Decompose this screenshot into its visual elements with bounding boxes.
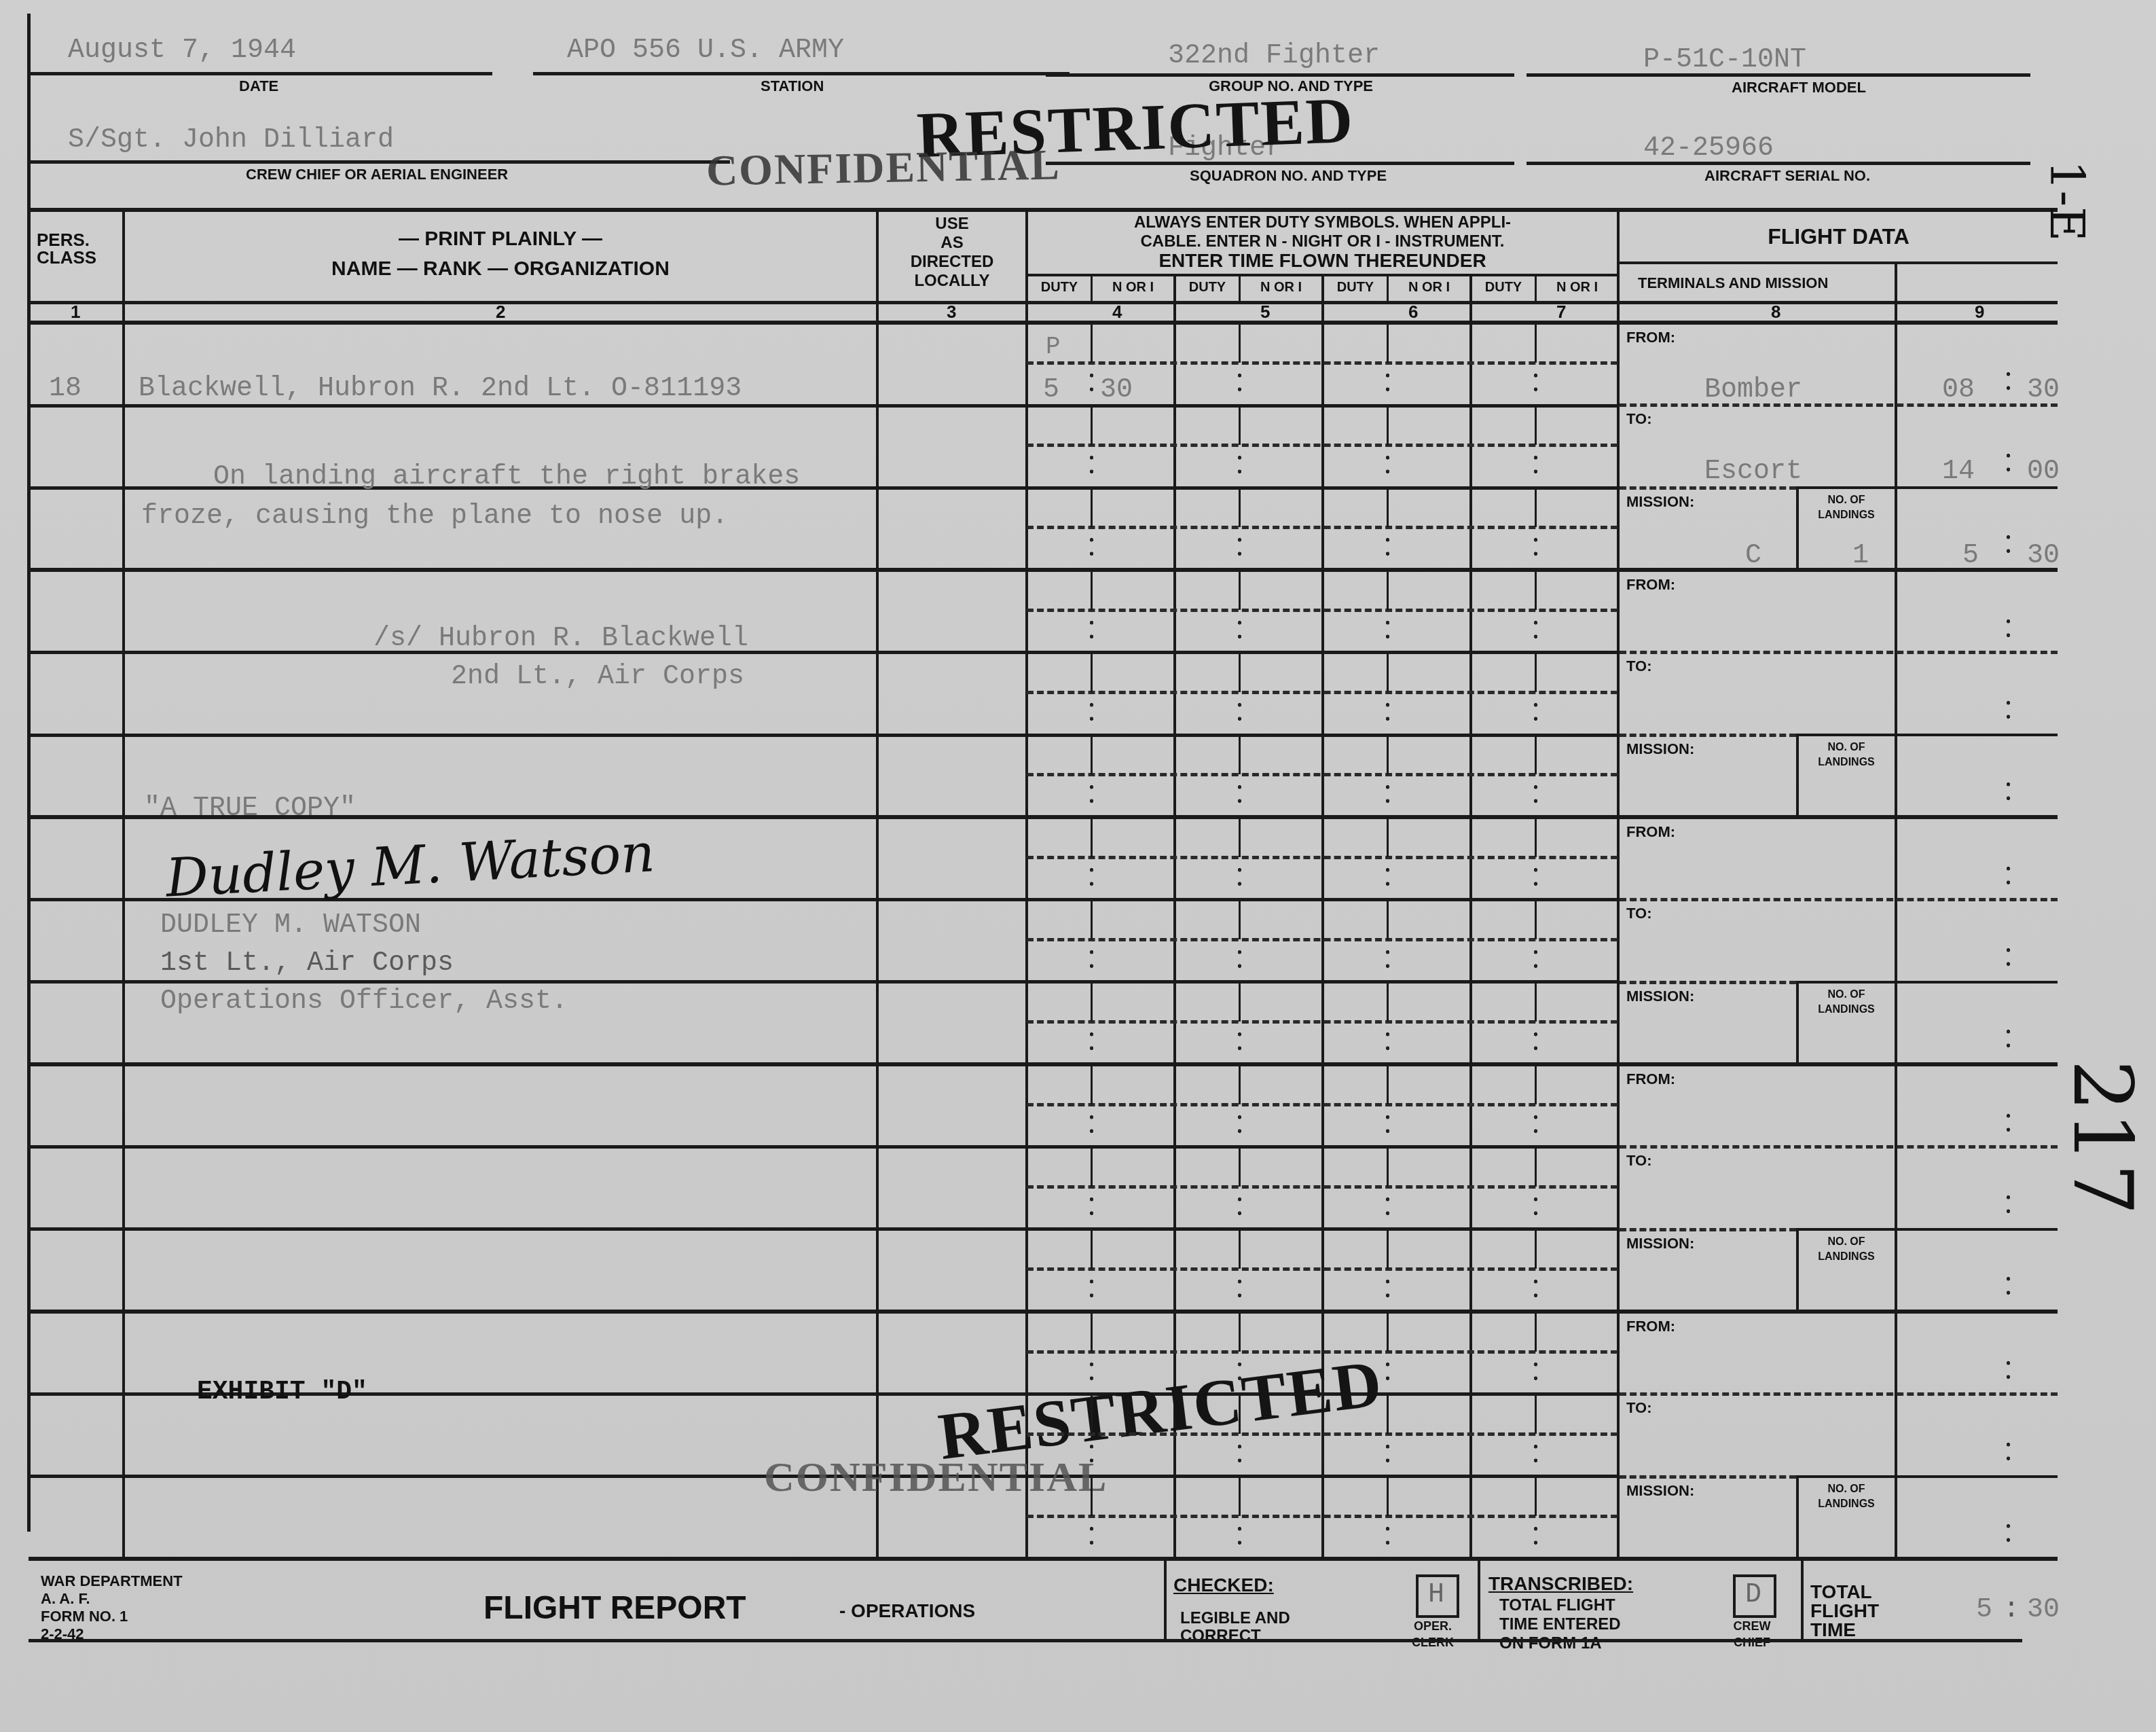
n-or-i-sub-label: N OR I — [1389, 280, 1469, 295]
duty-split-line — [1239, 1146, 1241, 1187]
fd-landings-divider — [1796, 486, 1799, 569]
time-colon — [1534, 1113, 1537, 1136]
col-number-1: 1 — [71, 302, 80, 323]
duty-split-line — [1091, 651, 1093, 692]
time-colon — [1386, 535, 1389, 558]
time-colon — [1238, 1195, 1241, 1218]
terminals-mission-header: TERMINALS AND MISSION — [1638, 274, 1828, 292]
checked-divider — [1164, 1559, 1167, 1641]
fd-mission-label: MISSION: — [1626, 988, 1694, 1005]
row-line — [29, 404, 1618, 408]
duty-split-line — [1091, 1311, 1093, 1352]
station-label: STATION — [761, 77, 824, 95]
time-colon — [1386, 865, 1389, 888]
fd-mission-line — [1796, 1475, 2058, 1478]
duty-time-dash-line — [1027, 526, 1618, 529]
row-line — [29, 1145, 1618, 1149]
time-colon — [1238, 1030, 1241, 1053]
fd-from-minutes: 30 — [2027, 375, 2060, 405]
col-number-4: 4 — [1112, 302, 1122, 323]
time-colon — [1090, 1030, 1093, 1053]
duty-time-dash-line — [1027, 444, 1618, 447]
fd-from-label: FROM: — [1626, 576, 1675, 594]
n-or-i-sub-label: N OR I — [1241, 280, 1321, 295]
time-colon — [1090, 618, 1093, 641]
time-colon — [1090, 1277, 1093, 1300]
time-colon — [1090, 1195, 1093, 1218]
col-divider-1 — [122, 208, 125, 1559]
time-colon — [1534, 948, 1537, 971]
col-divider-6 — [1469, 275, 1472, 1559]
group-line — [1046, 73, 1514, 77]
time-colon — [1386, 1195, 1389, 1218]
fd-mission-line — [1796, 981, 2058, 984]
fd-to-label: TO: — [1626, 657, 1651, 675]
duty-sub-label: DUTY — [1324, 280, 1387, 295]
time-colon — [1386, 371, 1389, 394]
duty-split-line — [1535, 322, 1537, 363]
form-subtitle: - OPERATIONS — [839, 1600, 975, 1622]
fd-duration-minutes: 30 — [2027, 541, 2060, 571]
fd-from-to-dash — [1620, 898, 2058, 901]
fd-mission-label: MISSION: — [1626, 1482, 1694, 1500]
crew-chief-initial-box[interactable]: D — [1733, 1574, 1776, 1618]
fd-landings-label: NO. OFLANDINGS — [1799, 1235, 1893, 1265]
table-top-line — [29, 208, 2058, 212]
station-line — [533, 72, 1070, 75]
fd-landings-value: 1 — [1852, 541, 1869, 571]
directed-label: DIRECTED — [879, 253, 1025, 272]
duty-split-line — [1387, 322, 1389, 363]
time-colon — [1238, 535, 1241, 558]
fd-time-colon — [2007, 617, 2010, 640]
time-colon — [1534, 782, 1537, 806]
duty-time-dash-line — [1027, 1103, 1618, 1106]
time-colon — [1238, 700, 1241, 723]
duty-split-line — [1535, 651, 1537, 692]
fd-time-colon — [2007, 451, 2010, 474]
name-rank-org-label: NAME — RANK — ORGANIZATION — [125, 254, 876, 284]
duty-instructions-header: ALWAYS ENTER DUTY SYMBOLS. WHEN APPLI- C… — [1028, 213, 1617, 270]
time-colon — [1238, 1524, 1241, 1547]
duty-time-dash-line — [1027, 1185, 1618, 1189]
aircraft-model-line — [1527, 73, 2030, 77]
row-line — [29, 651, 1618, 654]
transcribed-label: TRANSCRIBED: — [1488, 1573, 1633, 1595]
duty-split-line — [1387, 1393, 1389, 1434]
fd-landings-label: NO. OFLANDINGS — [1799, 493, 1893, 523]
time-colon — [1238, 618, 1241, 641]
margin-page-number: 217 — [2055, 1060, 2149, 1215]
time-colon — [1534, 1524, 1537, 1547]
fd-landings-divider — [1796, 734, 1799, 816]
duty-split-line — [1387, 981, 1389, 1022]
duty-split-line — [1239, 1475, 1241, 1516]
remarks-line-1: On landing aircraft the right brakes — [213, 462, 800, 492]
chief-label: CHIEF — [1718, 1634, 1786, 1650]
col-number-8: 8 — [1771, 302, 1780, 323]
duty-split-line — [1387, 1146, 1389, 1187]
duty-split-line — [1091, 404, 1093, 445]
duty-split-line — [1091, 569, 1093, 610]
time-colon — [1386, 453, 1389, 476]
col-number-6: 6 — [1408, 302, 1418, 323]
squadron-label: SQUADRON NO. AND TYPE — [1190, 167, 1387, 185]
duty-split-line — [1535, 981, 1537, 1022]
time-colon — [1386, 1277, 1389, 1300]
duty-split-line — [1239, 1064, 1241, 1104]
time-colon — [1238, 1277, 1241, 1300]
fd-from-label: FROM: — [1626, 823, 1675, 841]
as-label: AS — [879, 234, 1025, 253]
time-colon — [1386, 782, 1389, 806]
flight-label: FLIGHT — [1810, 1602, 1879, 1621]
fd-time-colon — [2007, 1521, 2010, 1545]
fd-to-mission-dash — [1620, 1475, 1796, 1479]
fd-from-hours: 08 — [1942, 375, 1975, 405]
group-value: 322nd Fighter — [1168, 41, 1380, 71]
total-hours: 5 — [1976, 1595, 1992, 1625]
fd-to-label: TO: — [1626, 1399, 1651, 1417]
time-colon — [1238, 865, 1241, 888]
fd-time-colon — [2007, 533, 2010, 556]
crew-chief-value: S/Sgt. John Dilliard — [68, 125, 394, 156]
total-flight-label: TOTAL FLIGHT — [1499, 1596, 1621, 1615]
duty-split-line — [1387, 1475, 1389, 1516]
column-number-line — [29, 321, 2058, 325]
col-number-2: 2 — [496, 302, 505, 323]
col-divider-2 — [876, 208, 879, 1559]
duty-instructions-line-1: ALWAYS ENTER DUTY SYMBOLS. WHEN APPLI- — [1028, 213, 1617, 232]
remarks-line-2: froze, causing the plane to nose up. — [141, 501, 728, 532]
duty-sub-label: DUTY — [1472, 280, 1535, 295]
col-divider-7 — [1617, 208, 1620, 1559]
time-colon — [1238, 1442, 1241, 1465]
duty-instructions-line-2: CABLE. ENTER N - NIGHT OR I - INSTRUMENT… — [1028, 232, 1617, 251]
time-colon — [1534, 1195, 1537, 1218]
oper-clerk-initial: H — [1428, 1580, 1444, 1610]
aircraft-model-value: P-51C-10NT — [1643, 45, 1806, 75]
signed-line-2: 2nd Lt., Air Corps — [451, 662, 744, 692]
duty-time-dash-line — [1027, 1432, 1618, 1436]
row-line — [29, 734, 1618, 737]
col-number-5: 5 — [1260, 302, 1270, 323]
duty-split-line — [1091, 486, 1093, 527]
duty-split-line — [1535, 404, 1537, 445]
footer-top-line — [29, 1557, 2058, 1561]
entry-pers-class: 18 — [49, 374, 81, 404]
fd-landings-divider — [1796, 981, 1799, 1064]
time-colon — [1090, 371, 1093, 394]
fd-from-to-dash — [1620, 403, 2058, 407]
use-locally-header: USE AS DIRECTED LOCALLY — [879, 215, 1025, 291]
duty-split-line — [1239, 1311, 1241, 1352]
time-colon — [1090, 865, 1093, 888]
fd-to-label: TO: — [1626, 905, 1651, 922]
oper-clerk-label: OPER. CLERK — [1399, 1618, 1467, 1650]
duty-time-dash-line — [1027, 938, 1618, 941]
block-line — [29, 1062, 2058, 1066]
correct-label: CORRECT — [1180, 1627, 1290, 1645]
flight-data-divider — [1618, 261, 2058, 264]
row-line — [29, 980, 1618, 984]
fd-landings-label: NO. OFLANDINGS — [1799, 988, 1893, 1017]
duty-split-line — [1387, 569, 1389, 610]
fd-from-label: FROM: — [1626, 1318, 1675, 1335]
time-colon — [1238, 371, 1241, 394]
transcribed-desc: TOTAL FLIGHT TIME ENTERED ON FORM 1A — [1499, 1596, 1621, 1653]
print-plainly-label: — PRINT PLAINLY — — [125, 224, 876, 254]
duty-split-line — [1239, 404, 1241, 445]
clerk-label: CLERK — [1399, 1634, 1467, 1650]
duty-split-line — [1091, 1393, 1093, 1434]
duty-split-line — [1091, 981, 1093, 1022]
checked-label: CHECKED: — [1173, 1574, 1274, 1596]
fd-mission-value: C — [1745, 541, 1761, 571]
fd-from-to-dash — [1620, 651, 2058, 654]
total-divider — [1801, 1559, 1804, 1641]
duty-split-line — [1239, 816, 1241, 857]
duty-split-line — [1535, 1228, 1537, 1269]
duty-time-dash-line — [1027, 361, 1618, 365]
aaf-label: A. A. F. — [41, 1590, 183, 1608]
duty-split-line — [1387, 1064, 1389, 1104]
duty-sub-label: DUTY — [1028, 280, 1091, 295]
duty-split-line — [1091, 734, 1093, 774]
duty-split-line — [1239, 1393, 1241, 1434]
exhibit-label: EXHIBIT "D" — [197, 1377, 367, 1407]
fd-mission-label: MISSION: — [1626, 493, 1694, 511]
time-colon — [1090, 782, 1093, 806]
transcribed-divider — [1478, 1559, 1480, 1641]
time-colon — [1090, 1524, 1093, 1547]
time-colon — [1534, 535, 1537, 558]
time-colon — [1090, 1113, 1093, 1136]
form-1a-label: ON FORM 1A — [1499, 1634, 1621, 1653]
time-colon — [1090, 700, 1093, 723]
fd-mission-line — [1796, 734, 2058, 736]
fd-to-label: TO: — [1626, 410, 1651, 428]
entry-duty-minutes: 30 — [1100, 375, 1133, 405]
fd-landings-divider — [1796, 1228, 1799, 1311]
time-label: TIME — [1810, 1621, 1879, 1640]
time-colon — [1238, 948, 1241, 971]
duty-time-dash-line — [1027, 1267, 1618, 1271]
fd-to-label: TO: — [1626, 1152, 1651, 1170]
duty-time-dash-line — [1027, 609, 1618, 612]
margin-note: 1-E — [2039, 160, 2095, 241]
time-colon — [1534, 1360, 1537, 1383]
fd-landings-label: NO. OFLANDINGS — [1799, 1482, 1893, 1512]
duty-split-line — [1535, 569, 1537, 610]
fd-from-value: Bomber — [1704, 375, 1802, 405]
name-header: — PRINT PLAINLY — NAME — RANK — ORGANIZA… — [125, 224, 876, 284]
time-entered-label: TIME ENTERED — [1499, 1615, 1621, 1634]
crew-chief-label: CREW CHIEF OR AERIAL ENGINEER — [246, 166, 508, 183]
cert-name: DUDLEY M. WATSON — [160, 910, 421, 941]
duty-time-dash-line — [1027, 773, 1618, 776]
col-number-9: 9 — [1975, 302, 1984, 323]
fd-time-colon — [2007, 1274, 2010, 1297]
fd-to-mission-dash — [1620, 981, 1796, 984]
fd-time-colon — [2007, 1193, 2010, 1216]
duty-split-line — [1091, 1475, 1093, 1516]
fd-to-value: Escort — [1704, 456, 1802, 487]
n-or-i-sub-label: N OR I — [1537, 280, 1618, 295]
duty-split-line — [1091, 816, 1093, 857]
flight-data-header: FLIGHT DATA — [1620, 224, 2058, 249]
duty-split-line — [1387, 1228, 1389, 1269]
aircraft-serial-value: 42-25966 — [1643, 133, 1774, 164]
time-colon — [1090, 1442, 1093, 1465]
time-colon — [1386, 1113, 1389, 1136]
fd-to-mission-dash — [1620, 486, 1796, 490]
fd-to-minutes: 00 — [2027, 456, 2060, 487]
confidential-stamp-top: CONFIDENTIAL — [706, 139, 1061, 196]
oper-label: OPER. — [1399, 1618, 1467, 1634]
war-department-label: WAR DEPARTMENT — [41, 1572, 183, 1590]
pers-class-header: PERS. CLASS — [37, 231, 96, 266]
signature: Dudley M. Watson — [164, 823, 656, 909]
duty-split-line — [1239, 1228, 1241, 1269]
time-colon — [1386, 618, 1389, 641]
time-colon — [1534, 453, 1537, 476]
flight-report-form: August 7, 1944 DATE APO 556 U.S. ARMY ST… — [0, 0, 2156, 1732]
duty-split-line — [1387, 404, 1389, 445]
fd-mission-line — [1796, 1228, 2058, 1231]
col-divider-3 — [1025, 208, 1028, 1559]
n-or-i-sub-label: N OR I — [1093, 280, 1173, 295]
col-number-3: 3 — [947, 302, 956, 323]
fd-duration-hours: 5 — [1962, 541, 1979, 571]
duty-time-dash-line — [1027, 1515, 1618, 1518]
duty-split-line — [1091, 899, 1093, 939]
crew-chief-line — [31, 160, 730, 164]
fd-from-label: FROM: — [1626, 329, 1675, 346]
fd-landings-divider — [1796, 1475, 1799, 1558]
duty-time-dash-line — [1027, 691, 1618, 694]
total-label: TOTAL — [1810, 1583, 1879, 1602]
cert-rank: 1st Lt., Air Corps — [160, 948, 454, 979]
crew-chief-initial: D — [1745, 1580, 1761, 1610]
duty-time-dash-line — [1027, 856, 1618, 859]
fd-to-mission-dash — [1620, 1228, 1796, 1231]
col-divider-4 — [1173, 275, 1176, 1559]
form-number-label: FORM NO. 1 — [41, 1608, 183, 1625]
block-line — [29, 1310, 2058, 1314]
duty-split-line — [1387, 486, 1389, 527]
fd-mission-label: MISSION: — [1626, 1235, 1694, 1252]
duty-split-line — [1239, 486, 1241, 527]
duty-split-line — [1535, 1393, 1537, 1434]
duty-split-line — [1091, 1064, 1093, 1104]
time-colon — [1386, 1524, 1389, 1547]
entry-name: Blackwell, Hubron R. 2nd Lt. O-811193 — [139, 374, 742, 404]
duty-header-divider — [1027, 274, 1618, 276]
duty-split-line — [1535, 1475, 1537, 1516]
footer-bottom-line — [29, 1639, 2022, 1642]
time-colon — [1090, 453, 1093, 476]
duty-split-line — [1535, 1311, 1537, 1352]
fd-to-mission-dash — [1620, 734, 1796, 737]
locally-label: LOCALLY — [879, 272, 1025, 291]
time-colon — [1238, 1360, 1241, 1383]
form-id: WAR DEPARTMENT A. A. F. FORM NO. 1 2-2-4… — [41, 1572, 183, 1643]
fd-time-colon — [2007, 780, 2010, 803]
fd-time-colon — [2007, 369, 2010, 393]
duty-split-line — [1091, 322, 1093, 363]
fd-from-to-dash — [1620, 1392, 2058, 1396]
time-colon — [1534, 618, 1537, 641]
time-colon — [1386, 1030, 1389, 1053]
date-label: DATE — [239, 77, 278, 95]
crew-chief-label: CREW CHIEF — [1718, 1618, 1786, 1650]
col-number-7: 7 — [1556, 302, 1566, 323]
header-bottom-line — [29, 301, 2058, 304]
duty-split-line — [1239, 569, 1241, 610]
legible-label: LEGIBLE AND — [1180, 1610, 1290, 1627]
time-colon — [1534, 700, 1537, 723]
duty-split-line — [1387, 816, 1389, 857]
fd-to-hours: 14 — [1942, 456, 1975, 487]
class-label: CLASS — [37, 249, 96, 266]
form-title: FLIGHT REPORT — [483, 1589, 746, 1627]
duty-split-line — [1091, 1228, 1093, 1269]
fd-time-colon — [2007, 1111, 2010, 1134]
time-colon — [1090, 1360, 1093, 1383]
time-colon — [1386, 1360, 1389, 1383]
crew-label: CREW — [1718, 1618, 1786, 1634]
duty-split-line — [1239, 651, 1241, 692]
time-colon — [1386, 1442, 1389, 1465]
duty-split-line — [1535, 734, 1537, 774]
fd-time-colon — [2007, 945, 2010, 969]
duty-split-line — [1239, 899, 1241, 939]
true-copy-text: "A TRUE COPY" — [144, 793, 356, 824]
signed-line-1: /s/ Hubron R. Blackwell — [373, 624, 748, 654]
aircraft-serial-line — [1527, 162, 2030, 165]
fd-time-colon — [2007, 1027, 2010, 1050]
duty-split-line — [1239, 322, 1241, 363]
oper-clerk-initial-box[interactable]: H — [1416, 1574, 1459, 1618]
time-colon — [1534, 371, 1537, 394]
duty-split-line — [1239, 734, 1241, 774]
fd-mission-label: MISSION: — [1626, 740, 1694, 758]
time-colon — [1534, 1277, 1537, 1300]
total-minutes: 30 — [2027, 1595, 2060, 1625]
fd-from-to-dash — [1620, 1145, 2058, 1149]
time-colon — [1238, 453, 1241, 476]
row-line — [29, 1227, 1618, 1231]
duty-instructions-line-3: ENTER TIME FLOWN THEREUNDER — [1028, 251, 1617, 270]
duty-split-line — [1239, 981, 1241, 1022]
time-colon — [1386, 948, 1389, 971]
duty-split-line — [1387, 899, 1389, 939]
fd-time-colon — [2007, 698, 2010, 721]
fd-landings-label: NO. OFLANDINGS — [1799, 740, 1893, 770]
entry-duty-symbol: P — [1046, 333, 1061, 361]
date-line — [31, 72, 492, 75]
duty-split-line — [1535, 899, 1537, 939]
aircraft-serial-label: AIRCRAFT SERIAL NO. — [1704, 167, 1870, 185]
time-colon — [1238, 782, 1241, 806]
duty-split-line — [1535, 1064, 1537, 1104]
duty-split-line — [1535, 486, 1537, 527]
duty-time-dash-line — [1027, 1350, 1618, 1354]
fd-time-colon — [2007, 1358, 2010, 1382]
time-colon — [1090, 948, 1093, 971]
duty-time-dash-line — [1027, 1020, 1618, 1024]
